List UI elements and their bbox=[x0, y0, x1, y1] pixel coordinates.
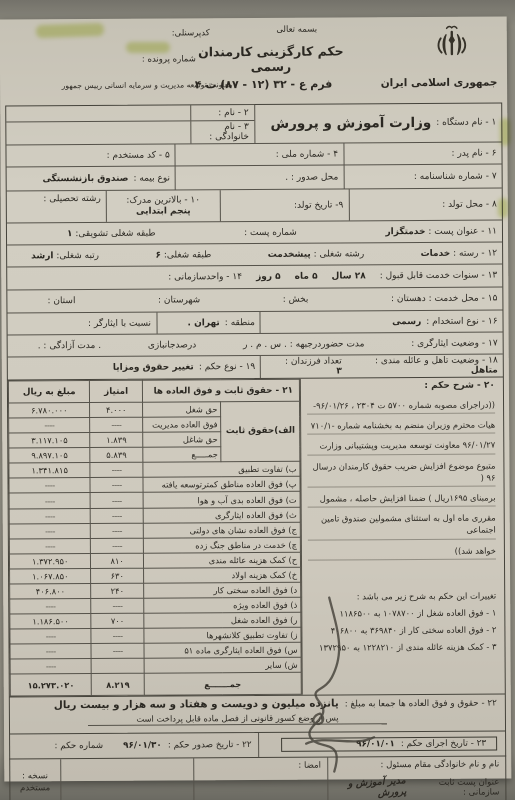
salary-item-label: ب) تفاوت تطبیق bbox=[143, 462, 300, 478]
salary-row: ش) سایر---- bbox=[10, 658, 301, 675]
degree-cell: ۱۰ - بالاترین مدرک: پنجم ابتدایی bbox=[106, 190, 220, 222]
copy-cell: نسخه : مستخدم bbox=[10, 759, 60, 800]
document-title: حکم کارگزینی کارمندان رسمی bbox=[186, 43, 356, 74]
salary-row: ت) فوق العاده بدی آب و هوا-------- bbox=[9, 492, 300, 509]
salary-item-amount: ۱.۰۶۷.۸۵۰ bbox=[10, 568, 92, 584]
category-cell: ۱۲ - رسته : خدمات رشته شغلی : پیشخدمت طب… bbox=[7, 242, 502, 266]
idcard-label: ۷ - شماره شناسنامه : bbox=[414, 171, 497, 182]
category-group: ۱۲ - رسته : خدمات bbox=[421, 248, 498, 258]
salary-item-amount: ۶.۷۸۰.۰۰۰ bbox=[9, 403, 91, 419]
district-label: بخش : bbox=[283, 295, 309, 305]
issue-date-cell: ۲۲ - تاریخ صدور حکم : ۹۶/۰۱/۳۰ شماره حکم… bbox=[10, 733, 258, 759]
name-label: ۲ - نام : bbox=[190, 105, 254, 120]
total-amount-words: پانزده میلیون و دویست و هفتاد و سه هزار … bbox=[54, 697, 339, 711]
job-class-group: طبقه شغلی: ۶ bbox=[155, 250, 211, 260]
salary-item-points: ---- bbox=[91, 508, 143, 523]
salary-row: خ) کمک هزینه اولاد۶۳۰۱.۰۶۷.۸۵۰ bbox=[10, 567, 301, 584]
employment-type-value: رسمی bbox=[392, 316, 421, 326]
decree-description-label: ۲۰ - شرح حکم : bbox=[307, 381, 495, 392]
salary-table-column: ۲۱ - حقوق ثابت و فوق العاده ها امتیاز مب… bbox=[8, 379, 302, 697]
empty-cell bbox=[60, 758, 194, 800]
incentive-class-value: ۱ bbox=[67, 229, 73, 239]
county-label: شهرستان : bbox=[158, 295, 200, 305]
study-field-cell: رشته تحصیلی : bbox=[7, 191, 106, 223]
copy-label: نسخه : bbox=[22, 771, 48, 781]
salary-item-label: س) فوق العاده ایثارگری ماده ۵۱ bbox=[144, 642, 301, 658]
post-title-group: ۱۱ - عنوان پست : خدمتگزار bbox=[385, 226, 497, 237]
marital-group: ۱۸ - وضعیت تاهل و عائله مندی : متاهل bbox=[347, 356, 498, 377]
issue-date-value: ۹۶/۰۱/۳۰ bbox=[123, 741, 162, 751]
birth-place-label: ۸ - محل تولد : bbox=[442, 199, 497, 209]
salary-row: س) فوق العاده ایثارگری ماده ۵۱-------- bbox=[10, 642, 301, 659]
salary-table-title: ۲۱ - حقوق ثابت و فوق العاده ها bbox=[142, 379, 299, 402]
org-value: وزارت آموزش و پرورش bbox=[270, 115, 431, 132]
salary-item-points: ---- bbox=[91, 493, 143, 508]
children-group: تعداد فرزندان : ۳ bbox=[277, 356, 342, 376]
post-title-label: ۱۱ - عنوان پست : bbox=[428, 226, 497, 236]
salary-item-points: ---- bbox=[90, 417, 142, 432]
freedom-duration-label: . مدت آزادگی : . bbox=[38, 340, 101, 350]
highlighter-smudge bbox=[498, 198, 508, 218]
salary-row: ب) تفاوت تطبیق----۱.۳۴۱.۸۱۵ bbox=[9, 462, 300, 479]
row-idcard-insurance: ۷ - شماره شناسنامه : محل صدور : . نوع بی… bbox=[7, 163, 502, 190]
study-field-label: رشته تحصیلی : bbox=[43, 194, 101, 204]
salary-item-amount: ۱.۱۸۶.۵۰۰ bbox=[10, 614, 92, 630]
total-amount-line: ۲۲ - حقوق و فوق العاده ها جمعا به مبلغ :… bbox=[18, 697, 497, 712]
job-rank-value: ارشد bbox=[31, 251, 53, 261]
job-class-value: ۶ bbox=[155, 250, 161, 260]
decree-change-item: ۲ - فوق العاده سختی کار از ۳۶۹۸۴۰ به ۴۰۶… bbox=[308, 624, 496, 635]
salary-item-label: خ) کمک هزینه اولاد bbox=[143, 567, 300, 583]
row-category: ۱۲ - رسته : خدمات رشته شغلی : پیشخدمت طب… bbox=[7, 241, 502, 266]
birth-date-label: ۹- تاریخ تولد: bbox=[294, 200, 343, 210]
decree-changes-title: تغییرات این حکم به شرح زیر می باشد : bbox=[308, 590, 496, 601]
salary-item-label: ذ) فوق العاده ویژه bbox=[144, 597, 301, 613]
service-years-label: ۱۳ - سنوات خدمت قابل قبول : bbox=[380, 271, 498, 282]
insurance-label: نوع بیمه : bbox=[133, 173, 170, 183]
salary-item-points: ---- bbox=[90, 478, 142, 493]
salary-item-amount: ۹.۸۹۷.۱۰۵ bbox=[9, 448, 91, 464]
salary-table-head: ۲۱ - حقوق ثابت و فوق العاده ها امتیاز مب… bbox=[8, 379, 299, 403]
salary-item-amount: ---- bbox=[10, 644, 92, 660]
salary-row: الف)حقوق ثابتحق شغل۴.۰۰۰۶.۷۸۰.۰۰۰ bbox=[9, 401, 300, 418]
insurance-value: صندوق بازنشستگی bbox=[42, 173, 128, 184]
salary-row: ذ) فوق العاده ویژه-------- bbox=[10, 597, 301, 614]
national-id-cell: ۴ - شماره ملی : bbox=[175, 143, 343, 165]
family-row: ۳ - نام خانوادگی : bbox=[6, 120, 254, 145]
salary-item-label: د) فوق العاده سختی کار bbox=[143, 582, 300, 598]
personnel-code-label: کدپرسنلی: bbox=[172, 28, 210, 38]
issue-place-label: محل صدور : . bbox=[285, 172, 338, 182]
service-location-label: ۱۵ - محل خدمت : دهستان : bbox=[391, 294, 497, 305]
employment-type-cell: ۱۶ - نوع استخدام : رسمی bbox=[260, 310, 503, 332]
veteran-status-label: ۱۷ - وضعیت ایثارگری : bbox=[411, 338, 497, 349]
veteran-relation-label: نسبت با ایثارگر : bbox=[88, 318, 151, 328]
country-title: جمهوری اسلامی ایران bbox=[375, 76, 503, 89]
salary-total-amount: ۱۵.۲۷۳.۰۲۰ bbox=[10, 674, 92, 696]
decree-type-label: ۱۹ - نوع حکم : bbox=[199, 362, 256, 372]
row-father-id: ۶ - نام پدر : ۴ - شماره ملی : ۵ - کد مست… bbox=[6, 141, 501, 166]
salary-item-points: ۴.۰۰۰ bbox=[90, 402, 142, 417]
veteran-status-cell: ۱۷ - وضعیت ایثارگری : مدت حضوردرجبهه : .… bbox=[8, 332, 503, 356]
salary-item-points: ---- bbox=[91, 523, 143, 538]
category-value: خدمات bbox=[421, 248, 451, 258]
salary-item-amount: ---- bbox=[10, 629, 92, 645]
highlighter-smudge bbox=[126, 42, 170, 53]
deputy-line: معاونت توسعه مدیریت و سرمایه انسانی رییس… bbox=[42, 80, 252, 90]
service-months-value: ۵ ماه bbox=[295, 272, 318, 282]
salary-total-body: جمـــــــع ۸.۲۱۹ ۱۵.۲۷۳.۰۲۰ bbox=[10, 673, 301, 696]
post-title-cell: ۱۱ - عنوان پست : خدمتگزار شماره پست : طب… bbox=[7, 220, 502, 244]
official-cell: نام و نام خانوادگی مقام مسئول : عنوان پس… bbox=[327, 756, 505, 800]
job-class-label: طبقه شغلی: bbox=[164, 250, 212, 260]
decree-line: مقرری ماه اول به استثنای مشمولین صندوق ت… bbox=[308, 512, 496, 541]
name-row: ۲ - نام : bbox=[6, 105, 254, 122]
decree-line: برمبنای ۱۶۹۵ریال ) ضمنا افزایش حاصله ، م… bbox=[308, 491, 496, 507]
org-post-line: عنوان پست ثابت سازمانی : مدیر آموزش و پر… bbox=[334, 777, 499, 800]
salary-item-label: حق شاغل bbox=[143, 432, 222, 448]
marital-value: متاهل bbox=[471, 366, 498, 376]
salary-item-points: ---- bbox=[91, 628, 143, 643]
salary-item-label: ش) سایر bbox=[144, 658, 301, 674]
basmala-text: بسمه تعالی bbox=[252, 24, 342, 35]
decree-line: ۹۶/۰۱/۲۷ معاونت توسعه مدیریت وپشتیبانی و… bbox=[307, 439, 495, 455]
decree-changes: تغییرات این حکم به شرح زیر می باشد : ۱ -… bbox=[308, 590, 496, 659]
category-label: ۱۲ - رسته : bbox=[453, 248, 497, 258]
salary-row: د) فوق العاده سختی کار۲۴۰۴۰۶.۸۰۰ bbox=[10, 582, 301, 599]
org-post-handwritten-value: مدیر آموزش و پرورش bbox=[334, 775, 407, 800]
salary-item-label: ث) فوق العاده ایثارگری bbox=[143, 507, 300, 523]
decree-type-value: تغییر حقوق ومزایا bbox=[113, 362, 194, 372]
salary-item-label: ت) فوق العاده بدی آب و هوا bbox=[143, 492, 300, 508]
signature-cell: امضا : bbox=[193, 758, 327, 800]
job-rank-group: رتبه شغلی: ارشد bbox=[31, 250, 99, 260]
decree-change-item: ۳ - کمک هزینه عائله مندی از ۱۲۲۸۲۱۰ به ۱… bbox=[309, 641, 497, 652]
salary-item-points: ---- bbox=[91, 643, 143, 658]
execution-date-label: ۲۳ - تاریخ اجرای حکم : bbox=[401, 739, 486, 750]
total-amount-label: ۲۲ - حقوق و فوق العاده ها جمعا به مبلغ : bbox=[345, 699, 497, 710]
salary-body: الف)حقوق ثابتحق شغل۴.۰۰۰۶.۷۸۰.۰۰۰فوق الع… bbox=[9, 401, 302, 674]
salary-item-amount: ---- bbox=[9, 508, 91, 524]
salary-row: پ) فوق العاده مناطق کمترتوسعه یافته-----… bbox=[9, 477, 300, 494]
employee-code-cell: ۵ - کد مستخدم : bbox=[6, 144, 174, 166]
row-veteran-status: ۱۷ - وضعیت ایثارگری : مدت حضوردرجبهه : .… bbox=[8, 331, 503, 356]
salary-item-label: فوق العاده مدیریت bbox=[142, 417, 221, 433]
salary-header-row: ۲۱ - حقوق ثابت و فوق العاده ها امتیاز مب… bbox=[8, 379, 299, 403]
salary-item-points: ۱.۸۳۹ bbox=[90, 432, 142, 447]
province-label: استان : bbox=[47, 296, 75, 306]
employee-info-table: ۱ - نام دستگاه : وزارت آموزش و پرورش ۲ -… bbox=[5, 102, 504, 380]
decree-line: متبوع موضوع افزایش ضریب حقوق کارمندان در… bbox=[307, 459, 495, 488]
salary-row: ث) فوق العاده ایثارگری-------- bbox=[9, 507, 300, 524]
decree-line: ((دراجرای مصوبه شماره ۵۷۰۰ ت ۲۳۰۴ ، ۹۶/۰… bbox=[307, 399, 495, 415]
copy-value: مستخدم bbox=[20, 783, 50, 793]
total-amount-section: ۲۲ - حقوق و فوق العاده ها جمعا به مبلغ :… bbox=[9, 693, 506, 734]
iran-emblem-icon bbox=[433, 23, 471, 68]
job-field-group: رشته شغلی : پیشخدمت bbox=[268, 249, 364, 260]
birth-date-cell: ۹- تاریخ تولد: bbox=[220, 189, 349, 221]
marital-cell: ۱۸ - وضعیت تاهل و عائله مندی : متاهل تعد… bbox=[260, 354, 503, 377]
salary-item-points bbox=[92, 659, 144, 674]
salary-total-row: جمـــــــع ۸.۲۱۹ ۱۵.۲۷۳.۰۲۰ bbox=[10, 673, 301, 696]
national-id-label: ۴ - شماره ملی : bbox=[276, 149, 338, 159]
salary-item-points: ---- bbox=[90, 463, 142, 478]
salary-item-points: ۵.۸۳۹ bbox=[90, 447, 142, 462]
service-location-cell: ۱۵ - محل خدمت : دهستان : بخش : شهرستان :… bbox=[7, 287, 502, 312]
region-label: منطقه : bbox=[225, 318, 255, 328]
salary-item-amount: ---- bbox=[9, 523, 91, 539]
salary-item-points: ۸۱۰ bbox=[91, 553, 143, 568]
job-field-label: رشته شغلی : bbox=[314, 249, 365, 259]
post-number-label: شماره پست : bbox=[244, 227, 297, 237]
org-cell: ۱ - نام دستگاه : وزارت آموزش و پرورش bbox=[254, 103, 502, 143]
highlighter-smudge bbox=[500, 118, 510, 146]
salary-item-label: چ) خدمت در مناطق جنگ زده bbox=[143, 537, 300, 553]
row-post-title: ۱۱ - عنوان پست : خدمتگزار شماره پست : طب… bbox=[7, 219, 502, 244]
signature-label: امضا : bbox=[298, 761, 321, 771]
family-blank bbox=[6, 132, 189, 133]
salary-item-amount: ۱.۳۷۲.۹۵۰ bbox=[9, 553, 91, 569]
row-org-name: ۱ - نام دستگاه : وزارت آموزش و پرورش ۲ -… bbox=[6, 103, 501, 144]
execution-date-box: ۲۳ - تاریخ اجرای حکم : ۹۶/۰۱/۰۱ bbox=[281, 737, 497, 752]
salary-table: ۲۱ - حقوق ثابت و فوق العاده ها امتیاز مب… bbox=[8, 379, 302, 697]
salary-item-amount: ۳.۱۱۷.۱۰۵ bbox=[9, 433, 91, 449]
org-post-label: عنوان پست ثابت سازمانی : bbox=[420, 778, 500, 798]
points-column-header: امتیاز bbox=[90, 380, 143, 402]
salary-item-points: ۶۳۰ bbox=[91, 568, 143, 583]
official-name-label: نام و نام خانوادگی مقام مسئول : bbox=[334, 760, 499, 771]
issue-date-label: ۲۲ - تاریخ صدور حکم : bbox=[168, 740, 252, 751]
father-label: ۶ - نام پدر : bbox=[452, 148, 497, 158]
disability-label: درصدجانبازی bbox=[148, 340, 196, 350]
front-duration-label: مدت حضوردرجبهه : . س . م . ر bbox=[243, 339, 364, 350]
salary-total-points: ۸.۲۱۹ bbox=[92, 674, 145, 696]
salary-item-amount: ---- bbox=[9, 493, 91, 509]
region-value: تهران . bbox=[188, 318, 220, 328]
service-days-value: ۵ روز bbox=[256, 272, 281, 282]
degree-value: پنجم ابتدایی bbox=[136, 206, 191, 216]
name-blank bbox=[6, 113, 189, 114]
deduction-line: پس از وضع کسور قانونی از فصل ماده قابل پ… bbox=[88, 712, 387, 726]
document-paper: جمهوری اسلامی ایران بسمه تعالی حکم کارگز… bbox=[0, 16, 511, 781]
salary-row: ر) فوق العاده شغل۷۰۰۱.۱۸۶.۵۰۰ bbox=[10, 612, 301, 629]
degree-label: ۱۰ - بالاترین مدرک: bbox=[126, 195, 200, 205]
scanned-document-photo: جمهوری اسلامی ایران بسمه تعالی حکم کارگز… bbox=[0, 0, 515, 800]
salary-total-label: جمـــــــع bbox=[144, 673, 301, 696]
salary-item-label: ر) فوق العاده شغل bbox=[144, 612, 301, 628]
name-stack: ۲ - نام : ۳ - نام خانوادگی : bbox=[6, 105, 254, 145]
salary-item-amount: ---- bbox=[9, 538, 91, 554]
job-rank-label: رتبه شغلی: bbox=[56, 250, 99, 260]
salary-item-points: ۲۴۰ bbox=[91, 583, 143, 598]
highlighter-smudge bbox=[36, 23, 104, 38]
salary-item-points: ---- bbox=[91, 598, 143, 613]
salary-item-amount: ۴۰۶.۸۰۰ bbox=[10, 583, 92, 599]
salary-row: ح) کمک هزینه عائله مندی۸۱۰۱.۳۷۲.۹۵۰ bbox=[9, 552, 300, 569]
org-unit-label: ۱۴ - واحدسازمانی : bbox=[168, 272, 242, 282]
row-employment-type: ۱۶ - نوع استخدام : رسمی منطقه : تهران . … bbox=[7, 309, 502, 334]
decree-line: هیات محترم وزیران منضم به بخشنامه شماره … bbox=[307, 419, 495, 435]
salary-item-label: ز) تفاوت تطبیق کلانشهرها bbox=[144, 627, 301, 643]
salary-item-amount: ---- bbox=[10, 659, 92, 675]
salary-row: ج) فوق العاده نشان های دولتی-------- bbox=[9, 522, 300, 539]
salary-item-amount: ---- bbox=[10, 599, 92, 615]
decree-changes-list: ۱ - فوق العاده شغل از ۱۰۷۸۷۰۰ به ۱۱۸۶۵۰۰… bbox=[308, 607, 496, 652]
execution-date-value: ۹۶/۰۱/۰۱ bbox=[356, 739, 395, 749]
org-label: ۱ - نام دستگاه : bbox=[436, 118, 496, 128]
region-cell: منطقه : تهران . bbox=[156, 312, 260, 334]
idcard-cell: ۷ - شماره شناسنامه : bbox=[343, 164, 502, 188]
decree-type-cell: ۱۹ - نوع حکم : تغییر حقوق ومزایا bbox=[8, 356, 261, 380]
amount-column-header: مبلغ به ریال bbox=[8, 381, 90, 403]
salary-item-points: ---- bbox=[91, 538, 143, 553]
birth-place-cell: ۸ - محل تولد : bbox=[348, 188, 502, 220]
family-label: ۳ - نام خانوادگی : bbox=[190, 121, 254, 143]
insurance-cell: نوع بیمه : صندوق بازنشستگی bbox=[7, 166, 175, 190]
decree-change-item: ۱ - فوق العاده شغل از ۱۰۷۸۷۰۰ به ۱۱۸۶۵۰۰ bbox=[308, 607, 496, 618]
salary-item-points: ۷۰۰ bbox=[91, 613, 143, 628]
job-field-value: پیشخدمت bbox=[268, 249, 311, 259]
decree-number-label: شماره حکم : bbox=[54, 741, 103, 751]
employment-type-label: ۱۶ - نوع استخدام : bbox=[426, 316, 497, 326]
post-title-value: خدمتگزار bbox=[385, 226, 425, 236]
middle-section: ۲۰ - شرح حکم : ((دراجرای مصوبه شماره ۵۷۰… bbox=[7, 377, 506, 696]
decree-lines: ((دراجرای مصوبه شماره ۵۷۰۰ ت ۲۳۰۴ ، ۹۶/۰… bbox=[307, 399, 496, 566]
salary-item-label: ح) کمک هزینه عائله مندی bbox=[143, 552, 300, 568]
employee-code-label: ۵ - کد مستخدم : bbox=[107, 150, 170, 160]
execution-date-cell: ۲۳ - تاریخ اجرای حکم : ۹۶/۰۱/۰۱ bbox=[258, 731, 506, 757]
salary-row: چ) خدمت در مناطق جنگ زده-------- bbox=[9, 537, 300, 554]
salary-row: ز) تفاوت تطبیق کلانشهرها-------- bbox=[10, 627, 301, 644]
veteran-relation-cell: نسبت با ایثارگر : bbox=[7, 313, 156, 335]
service-years-value: ۲۸ سال bbox=[332, 271, 366, 281]
issue-place-cell: محل صدور : . bbox=[175, 165, 343, 189]
file-number-label: شماره پرونده : bbox=[142, 54, 196, 64]
row-birth-degree: ۸ - محل تولد : ۹- تاریخ تولد: ۱۰ - بالات… bbox=[7, 187, 502, 222]
salary-item-label: حق شغل bbox=[142, 402, 221, 418]
salary-item-label: پ) فوق العاده مناطق کمترتوسعه یافته bbox=[143, 477, 300, 493]
footer-row: نام و نام خانوادگی مقام مسئول : عنوان پس… bbox=[9, 756, 506, 800]
salary-item-label: جمـــــع bbox=[143, 447, 222, 463]
decree-line: خواهد شد)) bbox=[308, 544, 496, 560]
row-service-location: ۱۵ - محل خدمت : دهستان : بخش : شهرستان :… bbox=[7, 286, 502, 312]
salary-item-amount: ---- bbox=[9, 478, 91, 494]
service-years-cell: ۱۳ - سنوات خدمت قابل قبول : ۲۸ سال ۵ ماه… bbox=[7, 264, 502, 289]
salary-item-amount: ۱.۳۴۱.۸۱۵ bbox=[9, 463, 91, 479]
children-value: ۳ bbox=[336, 366, 342, 376]
father-cell: ۶ - نام پدر : bbox=[343, 142, 502, 164]
row-service-years: ۱۳ - سنوات خدمت قابل قبول : ۲۸ سال ۵ ماه… bbox=[7, 263, 502, 289]
incentive-class-label: طبقه شغلی تشویقی: bbox=[75, 228, 155, 238]
children-label: تعداد فرزندان : bbox=[285, 356, 342, 366]
decree-description-column: ۲۰ - شرح حکم : ((دراجرای مصوبه شماره ۵۷۰… bbox=[300, 377, 505, 694]
salary-item-amount: ---- bbox=[9, 418, 91, 434]
salary-item-label: ج) فوق العاده نشان های دولتی bbox=[143, 522, 300, 538]
row-marital-decree: ۱۸ - وضعیت تاهل و عائله مندی : متاهل تعد… bbox=[8, 353, 503, 379]
salary-group-a-label: الف)حقوق ثابت bbox=[221, 401, 300, 462]
dates-row: ۲۳ - تاریخ اجرای حکم : ۹۶/۰۱/۰۱ ۲۲ - تار… bbox=[9, 731, 506, 759]
incentive-group: طبقه شغلی تشویقی: ۱ bbox=[67, 228, 156, 239]
